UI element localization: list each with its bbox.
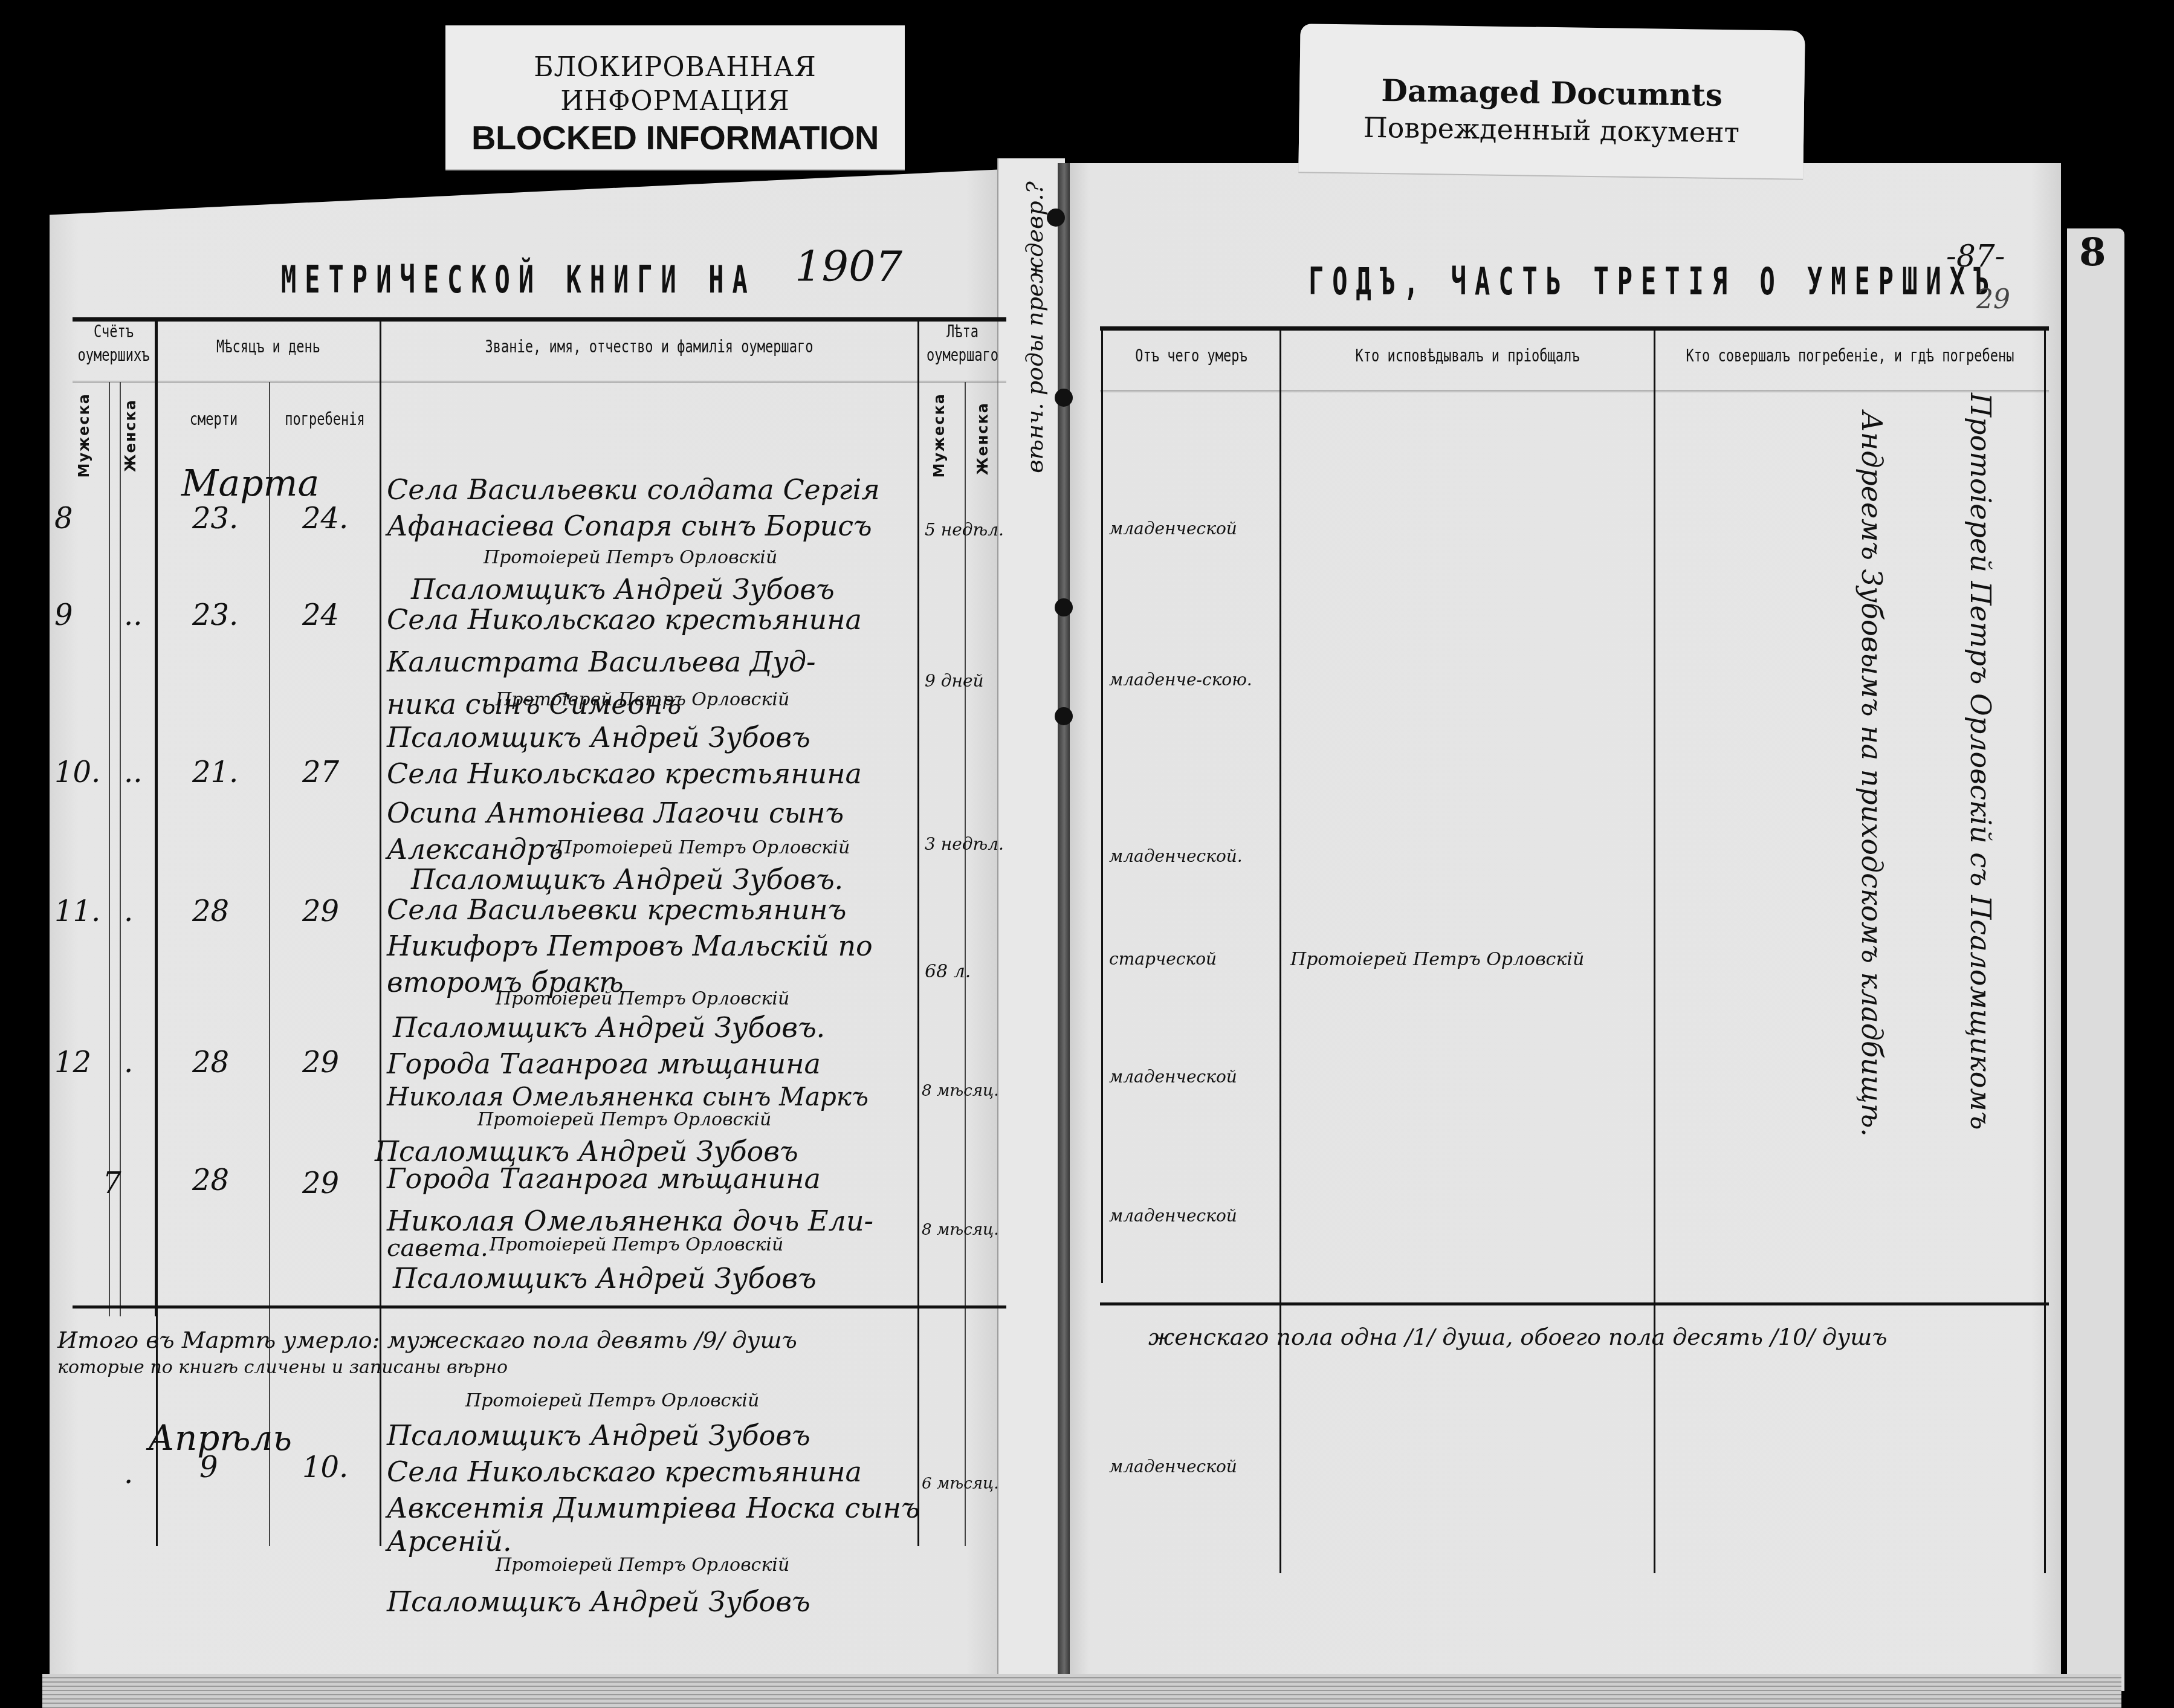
entry-death-day: 28 [192,1163,229,1197]
left-page-heading: МЕТРИЧЕСКОЙ КНИГИ НА [281,257,756,302]
cause-of-death: младенческой [1109,1067,1237,1087]
col-header-count: Счётъ оумершихъ [73,321,155,368]
tab-page-number: 8 [2079,230,2106,275]
entry-signature-priest: Протоіерей Петръ Орловскій [556,837,850,858]
spine-handwritten-note: вѣнч. роды преждевр.? [1021,181,1048,473]
col-divider [917,319,919,1546]
entry-text-line: Осипа Антоніева Лагочи сынъ [387,795,844,831]
blocked-en-line: BLOCKED INFORMATION [445,118,905,157]
entry-signature-psalmist: Псаломщикъ Андрей Зубовъ [387,719,810,755]
march-summary-line1: Итого въ Мартѣ умерло: мужескаго пола де… [57,1327,797,1353]
entry-age: 9 дней [925,671,984,691]
entry-number-female: . [124,894,133,928]
entry-death-day: 23. [192,502,238,535]
next-page-edge [2067,228,2124,1691]
march-summary-line2: которые по книгѣ сличены и записаны вѣрн… [57,1357,508,1378]
col-divider [1101,328,1103,1283]
march-total-rule [1100,1302,2049,1305]
march-summary-continuation: женскаго пола одна /1/ душа, обоего пола… [1148,1324,1888,1350]
col-header-burial-by: Кто совершалъ погребеніе, и гдѣ погребен… [1656,345,2044,369]
entry-age: 8 мѣсяц. [922,1221,999,1239]
col-header-count-female: Женска [122,399,139,472]
entry-text-line: Села Никольскаго крестьянина [387,1454,862,1490]
entry-month: Марта [181,462,319,505]
col-divider [1654,328,1655,1573]
col-divider [2044,328,2046,1573]
entry-signature-psalmist-pre: Псаломщикъ Андрей Зубовъ [387,1417,810,1454]
cause-of-death: старческой [1109,949,1217,969]
entry-number-female: .. [124,598,143,632]
entry-burial-day: 29 [302,1046,339,1079]
damaged-document-sticker: Damaged Documnts Поврежденный документ [1298,24,1805,179]
cause-of-death: младенческой [1109,519,1237,539]
heading-year: 1907 [795,242,902,291]
binding-hole [1047,209,1065,227]
entry-death-day: 28 [192,1046,229,1079]
entry-text-line: Афанасіева Сопаря сынъ Борисъ [387,508,872,544]
entry-text-line: Села Никольскаго крестьянина [387,601,862,638]
entry-burial-day: 27 [302,755,339,789]
entry-age: 8 мѣсяц. [922,1082,999,1100]
damaged-en-line: Damaged Documnts [1299,71,1805,115]
col-header-age: Лѣта оумершаго [919,321,1006,368]
right-page-heading: ГОДЪ, ЧАСТЬ ТРЕТІЯ О УМЕРШИХЪ [1309,259,1997,303]
entry-signature-priest: Протоіерей Петръ Орловскій [496,988,789,1009]
entry-signature-priest: Протоіерей Петръ Орловскій [477,1109,771,1130]
entry-text-line: Села Васильевки солдата Сергія [387,471,880,508]
entry-number-female: 7 [103,1166,121,1200]
col-header-burial: погребенія [270,409,380,432]
entry-burial-day: 10. [302,1451,348,1484]
col-divider [1279,328,1281,1573]
entry-text-line: Авксентія Димитріева Носка сынъ [387,1490,920,1526]
entry-burial-day: 29 [302,1166,339,1200]
burial-performed-by: Протоіерей Петръ Орловскій съ Псаломщико… [1964,393,1997,1299]
entry-month: Апрѣль [148,1417,292,1458]
summary-signature-priest: Протоіерей Петръ Орловскій [465,1390,759,1411]
col-header-age-male: Мужеска [931,393,948,477]
col-header-count-male: Мужеска [76,393,92,477]
entry-text-line: Села Васильевки крестьянинъ [387,891,846,928]
page-stack-edge [42,1674,2121,1708]
confessor-entry: Протоіерей Петръ Орловскій [1290,949,1584,970]
entry-burial-day: 24 [302,598,339,632]
entry-signature-priest: Протоіерей Петръ Орловскій [496,1554,789,1576]
entry-signature-psalmist: Псаломщикъ Андрей Зубовъ. [393,1009,825,1046]
col-header-death: смерти [158,409,269,432]
entry-number-female: . [124,1046,133,1079]
entry-signature-psalmist: Псаломщикъ Андрей Зубовъ [393,1260,817,1296]
cause-of-death: младенческой. [1109,846,1243,866]
binding-hole [1055,707,1073,725]
entry-signature-psalmist: Псаломщикъ Андрей Зубовъ [387,1583,810,1620]
blocked-ru-line1: БЛОКИРОВАННАЯ [445,51,905,85]
entry-signature-priest: Протоіерей Петръ Орловскій [490,1234,783,1255]
col-header-name: Званіе, имя, отчество и фамилія оумершаг… [381,336,917,360]
entry-text-line: Города Таганрога мѣщанина [387,1160,821,1197]
entry-signature-priest: Протоіерей Петръ Орловскій [484,547,777,568]
entry-death-day: 28 [192,894,229,928]
col-header-month-day: Мѣсяцъ и день [157,336,380,360]
cause-of-death: младенче-скою. [1109,670,1272,690]
entry-number: 11. [54,894,100,928]
burial-place: Андреемъ Зубовымъ на приходскомъ кладбищ… [1855,411,1888,1257]
entry-signature-priest: Протоіерей Петръ Орловскій [496,689,789,710]
entry-number: 8 [54,502,73,535]
entry-text-line: Города Таганрога мѣщанина [387,1046,821,1082]
table-top-rule [73,317,1006,322]
col-header-confessor: Кто исповѣдывалъ и пріобщалъ [1281,345,1654,369]
col-header-age-female: Женска [974,402,991,475]
entry-text-line: Арсеній. [387,1523,512,1559]
entry-number-female: .. [124,755,143,789]
blocked-information-sticker: БЛОКИРОВАННАЯ ИНФОРМАЦИЯ BLOCKED INFORMA… [445,25,905,169]
entry-number-female: . [124,1457,133,1490]
entry-burial-day: 29 [302,894,339,928]
entry-death-day: 9 [199,1451,218,1484]
entry-number: 10. [54,755,100,789]
header-divider [73,381,1006,383]
binding-hole [1055,598,1073,616]
entry-death-day: 21. [192,755,238,789]
entry-age: 5 недѣл. [925,520,1004,540]
entry-text-line: Села Никольскаго крестьянина [387,755,862,792]
damaged-ru-line: Поврежденный документ [1299,108,1804,152]
cause-of-death: младенческой [1109,1206,1237,1226]
header-divider [1100,390,2049,392]
binding-hole [1055,389,1073,407]
cause-of-death: младенческой [1109,1457,1237,1477]
entry-text-line: Никифоръ Петровъ Мальскій по [387,928,873,964]
entry-text-line: Калистрата Васильева Дуд- [387,644,816,680]
entry-age: 6 мѣсяц. [922,1475,999,1493]
entry-burial-day: 24. [302,502,348,535]
entry-age: 3 недѣл. [925,834,1004,854]
page-number-alt: 29 [1976,284,2010,315]
entry-age: 68 л. [925,961,971,982]
table-top-rule [1100,326,2049,331]
march-total-rule [73,1305,1006,1308]
entry-death-day: 23. [192,598,238,632]
entry-number: 9 [54,598,73,632]
entry-number: 12 [54,1046,91,1079]
blocked-ru-line2: ИНФОРМАЦИЯ [445,85,905,118]
col-header-cause: Отъ чего умеръ [1103,345,1279,369]
page-number: -87- [1946,239,2005,274]
